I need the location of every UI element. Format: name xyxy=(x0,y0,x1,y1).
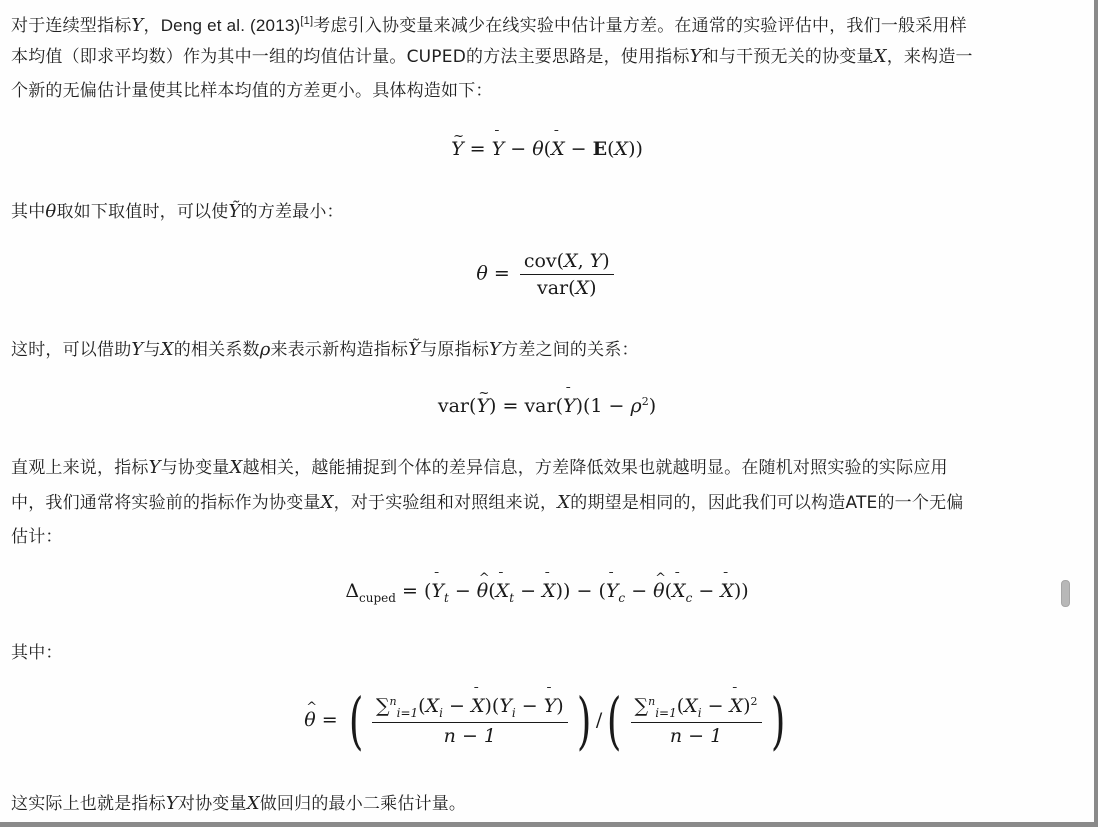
minus-sign: − xyxy=(520,580,536,602)
big-paren: ) xyxy=(770,690,785,752)
equals-sign: = xyxy=(402,580,418,602)
division-slash: / xyxy=(596,709,602,731)
math-var-x: X xyxy=(161,339,174,360)
text-line: 本均值（即求平均数）作为其中一组的均值估计量。CUPED的方法主要思路是，使用指… xyxy=(11,39,1071,74)
text-line: 其中θ取如下取值时，可以使Ỹ的方差最小： xyxy=(11,194,1071,229)
paren: ) xyxy=(589,277,596,299)
math-var-x: X xyxy=(564,250,578,272)
text: 中，我们通常将实验前的指标作为协变量 xyxy=(11,493,321,513)
fraction: ∑ni=1(Xi − X¯)2 n − 1 xyxy=(631,695,762,747)
bar-accent: ¯ xyxy=(544,571,551,586)
text-line: 个新的无偏估计量使其比样本均值的方差更小。具体构造如下： xyxy=(11,74,1071,109)
big-paren: ( xyxy=(349,690,364,752)
text: 来表示新构造指标 xyxy=(271,340,409,360)
paren: ( xyxy=(556,395,563,417)
paren: ) xyxy=(602,250,609,272)
bar-accent: ¯ xyxy=(732,686,739,701)
minus-sign: − xyxy=(510,138,526,160)
bar-accent: ¯ xyxy=(722,571,729,586)
scrollbar-thumb[interactable] xyxy=(1061,580,1070,607)
paragraph-theta-condition: 其中θ取如下取值时，可以使Ỹ的方差最小： xyxy=(11,194,1071,229)
sum-upper: n xyxy=(390,695,397,708)
math-var-y: Y xyxy=(590,250,603,272)
bar-accent: ¯ xyxy=(674,571,681,586)
minus-sign: − xyxy=(698,580,714,602)
math-var-x: X xyxy=(247,793,260,814)
sum-lower: i=1 xyxy=(655,706,677,720)
hat-accent: ^ xyxy=(479,571,490,586)
equals-sign: = xyxy=(322,709,338,731)
math-var-x: X xyxy=(576,277,590,299)
big-paren: ( xyxy=(607,690,622,752)
minus-sign: − xyxy=(455,580,471,602)
bar-accent: ¯ xyxy=(433,571,440,586)
equals-sign: = xyxy=(494,263,510,285)
text: 与 xyxy=(144,340,161,360)
n-minus-one: n − 1 xyxy=(444,725,496,747)
sum-lower: i=1 xyxy=(397,706,419,720)
equation-variance-reduction: var(Y~) = var(Y¯)(1 − ρ2) xyxy=(0,395,1094,417)
tilde-accent: ~ xyxy=(453,129,464,144)
paren: ) xyxy=(576,395,583,417)
equation-theta: θ = cov(X, Y) var(X) xyxy=(0,250,1094,299)
equation-delta-cuped: Δcuped = (Y¯t − θ^(X¯t − X¯)) − (Y¯c − θ… xyxy=(0,580,1094,605)
paragraph-intuition: 直观上来说，指标Y与协变量X越相关，越能捕捉到个体的差异信息，方差降低效果也就越… xyxy=(11,450,1071,555)
denominator: n − 1 xyxy=(372,722,568,747)
exponent: 2 xyxy=(751,695,758,708)
paren: ) xyxy=(556,695,563,717)
equals-sign: = xyxy=(470,138,486,160)
math-var-x: X xyxy=(874,46,887,67)
subscript: t xyxy=(444,591,449,605)
math-var-x: X xyxy=(426,695,440,717)
paren: ) xyxy=(741,580,748,602)
text: 与协变量 xyxy=(161,458,230,478)
bar-accent: ¯ xyxy=(498,571,505,586)
minus-sign: − xyxy=(571,138,587,160)
text: 个新的无偏估计量使其比样本均值的方差更小。具体构造如下： xyxy=(11,81,493,101)
paren: ( xyxy=(424,580,431,602)
text: 和与干预无关的协变量 xyxy=(702,47,874,67)
text-line: 估计： xyxy=(11,520,1071,555)
text: 本均值（即求平均数）作为其中一组的均值估计量。CUPED的方法主要思路是，使用指… xyxy=(11,47,690,67)
bar-accent: ¯ xyxy=(494,129,501,144)
numerator: ∑ni=1(Xi − X¯)2 xyxy=(631,695,762,722)
number: 1 xyxy=(590,395,602,417)
math-var-x: X xyxy=(557,492,570,513)
paren: ( xyxy=(598,580,605,602)
math-var-x: X xyxy=(321,492,334,513)
comma: , xyxy=(578,250,584,272)
cov-operator: cov xyxy=(524,250,557,272)
bar-accent: ¯ xyxy=(546,686,553,701)
window-border-right xyxy=(1094,0,1098,827)
text: 其中： xyxy=(11,643,63,663)
text: 的相关系数 xyxy=(174,340,260,360)
hat-accent: ^ xyxy=(306,700,317,715)
subscript: cuped xyxy=(359,591,396,605)
math-var-rho: ρ xyxy=(631,395,642,417)
n-minus-one: n − 1 xyxy=(670,725,722,747)
text-line: 直观上来说，指标Y与协变量X越相关，越能捕捉到个体的差异信息，方差降低效果也就越… xyxy=(11,450,1071,485)
text: 对于连续型指标 xyxy=(11,16,131,36)
paren: ( xyxy=(607,138,614,160)
bar-accent: ¯ xyxy=(473,686,480,701)
math-var-x: X xyxy=(615,138,629,160)
text: 对协变量 xyxy=(178,794,247,814)
text: 这时，可以借助 xyxy=(11,340,131,360)
text: 方差之间的关系： xyxy=(501,340,639,360)
subscript: c xyxy=(618,591,625,605)
paren: ) xyxy=(743,695,750,717)
hat-accent: ^ xyxy=(655,571,666,586)
text: 做回归的最小二乘估计量。 xyxy=(260,794,466,814)
equation-ytilde: Y~ = Y¯ − θ(X¯ − E(X)) xyxy=(0,138,1094,160)
paren: ( xyxy=(418,695,425,717)
tilde-accent: ~ xyxy=(478,386,489,401)
math-var-ytilde: Ỹ xyxy=(408,339,420,360)
fraction: ∑ni=1(Xi − X¯)(Yi − Y¯) n − 1 xyxy=(372,695,568,747)
text-line: 其中： xyxy=(11,636,1071,671)
text: 越相关，越能捕捉到个体的差异信息，方差降低效果也就越明显。在随机对照实验的实际应… xyxy=(243,458,948,478)
math-var-theta: θ xyxy=(532,138,543,160)
text: ，来构造一 xyxy=(887,47,973,67)
text-line: 这实际上也就是指标Y对协变量X做回归的最小二乘估计量。 xyxy=(11,786,1071,821)
math-var-y: Y xyxy=(690,46,702,67)
paragraph-intro: 对于连续型指标Y，Deng et al. (2013)[1]考虑引入协变量来减少… xyxy=(11,4,1071,109)
text: 的方差最小： xyxy=(241,202,344,222)
document-viewport: 对于连续型指标Y，Deng et al. (2013)[1]考虑引入协变量来减少… xyxy=(0,0,1094,822)
equation-theta-hat: θ^ = ( ∑ni=1(Xi − X¯)(Yi − Y¯) n − 1 )/(… xyxy=(0,690,1094,752)
minus-sign: − xyxy=(576,580,592,602)
reference-link[interactable]: [1] xyxy=(300,15,313,27)
exponent: 2 xyxy=(642,395,649,408)
var-operator: var xyxy=(537,277,568,299)
paren: ( xyxy=(469,395,476,417)
minus-sign: − xyxy=(631,580,647,602)
minus-sign: − xyxy=(522,695,538,717)
bar-accent: ¯ xyxy=(565,386,572,401)
subscript: t xyxy=(509,591,514,605)
fraction: cov(X, Y) var(X) xyxy=(520,250,614,299)
numerator: ∑ni=1(Xi − X¯)(Yi − Y¯) xyxy=(372,695,568,722)
math-var-rho: ρ xyxy=(260,339,271,360)
paragraph-conclusion: 这实际上也就是指标Y对协变量X做回归的最小二乘估计量。 xyxy=(11,786,1071,821)
paren: ) xyxy=(635,138,642,160)
denominator: var(X) xyxy=(520,274,614,299)
sum-symbol: ∑ xyxy=(635,695,649,717)
minus-sign: − xyxy=(708,695,724,717)
paragraph-correlation: 这时，可以借助Y与X的相关系数ρ来表示新构造指标Ỹ与原指标Y方差之间的关系： xyxy=(11,332,1071,367)
minus-sign: − xyxy=(449,695,465,717)
math-var-y: Y xyxy=(131,339,143,360)
paragraph-where: 其中： xyxy=(11,636,1071,671)
paren: ( xyxy=(544,138,551,160)
paren: ) xyxy=(556,580,563,602)
subscript: i xyxy=(439,706,443,720)
window-border-bottom xyxy=(0,822,1098,827)
text: 这实际上也就是指标 xyxy=(11,794,166,814)
var-operator: var xyxy=(438,395,469,417)
paren: ) xyxy=(563,580,570,602)
bar-accent: ¯ xyxy=(553,129,560,144)
paren: ) xyxy=(649,395,656,417)
math-var-x: X xyxy=(684,695,698,717)
delta-symbol: Δ xyxy=(345,580,359,602)
paren: ) xyxy=(489,395,496,417)
var-operator: var xyxy=(524,395,555,417)
math-var-ytilde: Ỹ xyxy=(228,201,240,222)
subscript: i xyxy=(512,706,516,720)
subscript: c xyxy=(686,591,693,605)
paren: ( xyxy=(568,277,575,299)
equals-sign: = xyxy=(502,395,518,417)
bar-accent: ¯ xyxy=(608,571,615,586)
subscript: i xyxy=(698,706,702,720)
math-var-y: Y xyxy=(166,793,178,814)
text: 考虑引入协变量来减少在线实验中估计量方差。在通常的实验评估中，我们一般采用样 xyxy=(313,16,967,36)
text: 其中 xyxy=(11,202,45,222)
text-line: 这时，可以借助Y与X的相关系数ρ来表示新构造指标Ỹ与原指标Y方差之间的关系： xyxy=(11,332,1071,367)
numerator: cov(X, Y) xyxy=(520,250,614,274)
sum-symbol: ∑ xyxy=(376,695,390,717)
math-var-y: Y xyxy=(149,457,161,478)
text: ， xyxy=(144,16,161,36)
math-var-y: Y xyxy=(131,15,143,36)
text-line: 对于连续型指标Y，Deng et al. (2013)[1]考虑引入协变量来减少… xyxy=(11,4,1071,39)
math-var-x: X xyxy=(230,457,243,478)
paren: ( xyxy=(557,250,564,272)
text: 与原指标 xyxy=(420,340,489,360)
math-var-y: Y xyxy=(499,695,512,717)
text: ，对于实验组和对照组来说， xyxy=(334,493,558,513)
text: 直观上来说，指标 xyxy=(11,458,149,478)
paren: ) xyxy=(485,695,492,717)
math-var-theta: θ xyxy=(476,263,487,285)
text-line: 中，我们通常将实验前的指标作为协变量X，对于实验组和对照组来说，X的期望是相同的… xyxy=(11,485,1071,520)
text: 取如下取值时，可以使 xyxy=(56,202,228,222)
minus-sign: − xyxy=(609,395,625,417)
citation: Deng et al. (2013) xyxy=(161,16,301,35)
expectation-operator: E xyxy=(593,138,607,160)
denominator: n − 1 xyxy=(631,722,762,747)
math-var-theta: θ xyxy=(45,201,56,222)
big-paren: ) xyxy=(577,690,592,752)
text: 估计： xyxy=(11,527,63,547)
text: 的期望是相同的，因此我们可以构造ATE的一个无偏 xyxy=(570,493,963,513)
math-var-y: Y xyxy=(489,339,501,360)
